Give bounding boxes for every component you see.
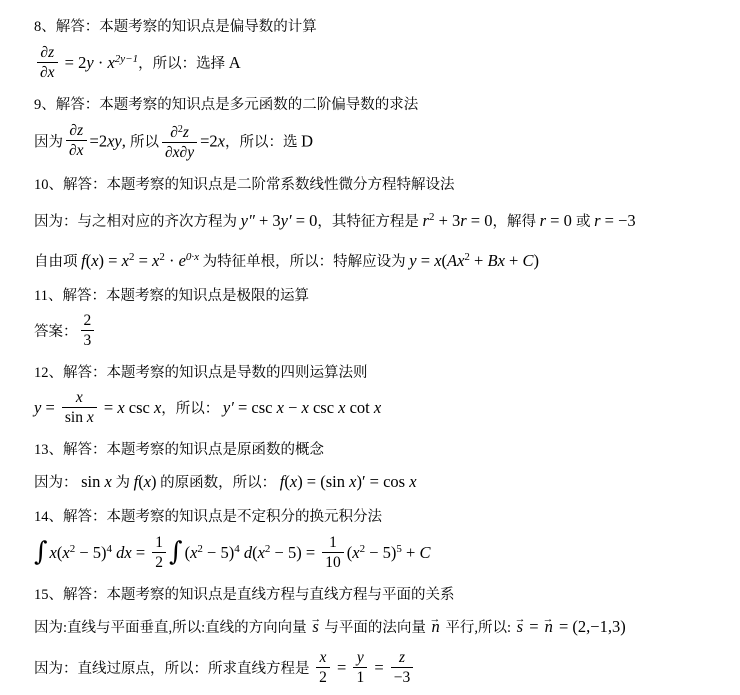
fraction-numerator: y — [353, 648, 367, 668]
math-segment: = (2,−1,3) — [555, 617, 626, 636]
item-14-header: 14、解答：本题考察的知识点是不定积分的换元积分法 — [34, 507, 722, 527]
math-segment: x — [76, 389, 83, 406]
math-segment: 因为：直线过原点，所以：所求直线方程是 — [34, 661, 313, 677]
math-segment: x — [62, 543, 69, 562]
math-segment: y — [357, 649, 364, 666]
math-segment: + — [402, 543, 420, 562]
math-segment: y — [409, 251, 416, 270]
item-9-header: 9、解答：本题考察的知识点是多元函数的二阶偏导数的求法 — [34, 95, 722, 115]
math-segment: 2 — [155, 554, 163, 571]
math-segment: x — [352, 543, 359, 562]
math-segment: d — [240, 543, 252, 562]
math-segment: A — [229, 53, 241, 72]
fraction-denominator: sin x — [62, 408, 97, 427]
math-segment: ∂z — [40, 44, 54, 61]
math-segment: 1 — [329, 534, 337, 551]
math-segment: sin — [65, 409, 87, 426]
fraction-numerator: ∂2z — [162, 120, 197, 143]
math-segment: ) = (sin — [297, 472, 349, 491]
math-segment: = — [333, 658, 351, 677]
fraction-numerator: x — [62, 388, 97, 408]
math-segment: 或 — [576, 214, 594, 230]
math-segment: x — [434, 251, 441, 270]
math-segment: ∂x∂y — [165, 144, 194, 161]
math-segment: 10 — [325, 554, 341, 571]
math-segment: csc — [309, 398, 338, 417]
math-segment: −3 — [394, 669, 411, 686]
item-14-formula: ∫x(x2 − 5)4 dx = 12∫(x2 − 5)4 d(x2 − 5) … — [34, 534, 722, 574]
math-segment: x — [50, 543, 57, 562]
item-15-line-2: 因为：直线过原点，所以：所求直线方程是 x2 = y1 = z−3 — [34, 650, 722, 689]
solution-item-13: 13、解答：本题考察的知识点是原函数的概念 因为： sin x 为 f(x) 的… — [34, 440, 722, 496]
math-segment: = csc — [234, 398, 277, 417]
math-segment: · — [94, 53, 108, 72]
math-segment: ，其特征方程是 — [317, 214, 422, 230]
math-segment: ∂z — [69, 122, 83, 139]
fraction: ∂2z∂x∂y — [162, 120, 197, 162]
math-segment: = — [134, 251, 152, 270]
math-segment: csc — [125, 398, 154, 417]
fraction-denominator: ∂x — [66, 141, 87, 160]
math-segment: x — [302, 398, 309, 417]
math-segment: 自由项 — [34, 254, 81, 270]
math-segment: Bx — [487, 251, 504, 270]
math-segment: x — [122, 251, 129, 270]
item-15-line-1: 因为:直线与平面垂直,所以:直线的方向向量 s 与平面的法向量 n 平行,所以:… — [34, 614, 722, 641]
fraction: x2 — [316, 648, 330, 687]
solution-item-12: 12、解答：本题考察的知识点是导数的四则运算法则 y = xsin x = x … — [34, 363, 722, 429]
vector-arrow-symbol: n — [543, 614, 555, 640]
solution-item-8: 8、解答：本题考察的知识点是偏导数的计算 ∂z∂x = 2y · x2y−1，所… — [34, 17, 722, 84]
math-segment: − — [284, 398, 302, 417]
math-segment: − 5) — [203, 543, 234, 562]
math-segment: x — [91, 251, 98, 270]
math-segment: sin — [81, 472, 104, 491]
fraction-denominator: −3 — [391, 668, 414, 687]
fraction-numerator: ∂z — [37, 43, 58, 63]
fraction-numerator: x — [316, 648, 330, 668]
fraction: z−3 — [391, 648, 414, 687]
math-segment: + — [505, 251, 523, 270]
fraction-denominator: 10 — [322, 553, 344, 572]
math-segment: ∂ — [170, 124, 178, 141]
math-segment: ，所以： — [161, 401, 223, 417]
math-segment: = — [370, 658, 388, 677]
math-segment: − 5) = — [270, 543, 319, 562]
fraction-denominator: 3 — [81, 331, 95, 350]
math-segment: ，所以：选 — [225, 135, 301, 151]
math-segment: 2y−1 — [115, 53, 138, 65]
math-segment: x — [107, 53, 114, 72]
math-segment: 平行,所以: — [442, 620, 515, 636]
math-segment: = — [417, 251, 435, 270]
math-segment: xy — [107, 132, 122, 151]
math-segment: 因为:直线与平面垂直,所以:直线的方向向量 — [34, 620, 310, 636]
math-segment: 1 — [155, 534, 163, 551]
integral-icon: ∫ — [34, 537, 48, 567]
item-9-formula: 因为∂z∂x=2xy, 所以∂2z∂x∂y=2x，所以：选 D — [34, 122, 722, 164]
fraction-numerator: ∂z — [66, 121, 87, 141]
item-13-header: 13、解答：本题考察的知识点是原函数的概念 — [34, 440, 722, 460]
item-10-header: 10、解答：本题考察的知识点是二阶常系数线性微分方程特解设法 — [34, 175, 722, 195]
math-segment: e — [179, 251, 186, 270]
math-segment: x — [105, 472, 112, 491]
math-segment: ，所以：选择 — [138, 56, 229, 72]
math-segment: 因为：与之相对应的齐次方程为 — [34, 214, 241, 230]
solutions-document-page: 8、解答：本题考察的知识点是偏导数的计算 ∂z∂x = 2y · x2y−1，所… — [0, 0, 740, 695]
item-10-line-1: 因为：与之相对应的齐次方程为 y″ + 3y′ = 0，其特征方程是 r2 + … — [34, 204, 722, 235]
solution-item-14: 14、解答：本题考察的知识点是不定积分的换元积分法 ∫x(x2 − 5)4 dx… — [34, 507, 722, 574]
solution-item-15: 15、解答：本题考察的知识点是直线方程与直线方程与平面的关系 因为:直线与平面垂… — [34, 585, 722, 689]
math-segment: 为特征单根，所以：特解应设为 — [199, 254, 409, 270]
math-segment: z — [183, 124, 189, 141]
math-segment: 1 — [356, 669, 364, 686]
solution-item-9: 9、解答：本题考察的知识点是多元函数的二阶偏导数的求法 因为∂z∂x=2xy, … — [34, 95, 722, 164]
math-segment: + 3 — [434, 211, 460, 230]
math-segment: y — [86, 53, 93, 72]
math-segment: + 3 — [255, 211, 281, 230]
solution-item-10: 10、解答：本题考察的知识点是二阶常系数线性微分方程特解设法 因为：与之相对应的… — [34, 175, 722, 275]
math-segment: x — [409, 472, 416, 491]
item-12-formula: y = xsin x = x csc x，所以： y′ = csc x − x … — [34, 390, 722, 429]
math-segment: = — [41, 398, 59, 417]
math-segment: )′ = cos — [356, 472, 409, 491]
integral-icon: ∫ — [169, 537, 183, 567]
item-15-header: 15、解答：本题考察的知识点是直线方程与直线方程与平面的关系 — [34, 585, 722, 605]
math-segment: = 0 — [546, 211, 576, 230]
vector-arrow-symbol: n — [429, 614, 441, 640]
math-segment: x — [374, 398, 381, 417]
fraction-denominator: 2 — [152, 553, 166, 572]
math-segment: = −3 — [601, 211, 636, 230]
fraction-denominator: 2 — [316, 668, 330, 687]
math-segment: = 2 — [61, 53, 87, 72]
math-segment: y′ — [281, 211, 292, 230]
math-segment: x — [218, 132, 225, 151]
item-11-answer: 答案：23 — [34, 313, 722, 352]
math-segment: 2 — [319, 669, 327, 686]
math-segment: = — [525, 617, 543, 636]
fraction-denominator: ∂x∂y — [162, 143, 197, 162]
math-segment: C — [522, 251, 533, 270]
math-segment: x — [320, 649, 327, 666]
math-segment: = — [100, 398, 118, 417]
fraction: 12 — [152, 533, 166, 572]
math-segment: ) = — [99, 251, 122, 270]
math-segment: x — [277, 398, 284, 417]
fraction: y1 — [353, 648, 367, 687]
solution-item-11: 11、解答：本题考察的知识点是极限的运算 答案：23 — [34, 286, 722, 352]
math-segment: , — [122, 132, 130, 151]
fraction: 110 — [322, 533, 344, 572]
fraction: 23 — [81, 311, 95, 350]
item-12-header: 12、解答：本题考察的知识点是导数的四则运算法则 — [34, 363, 722, 383]
math-segment: x — [117, 398, 124, 417]
math-segment: x — [87, 409, 94, 426]
math-segment: ∂x — [40, 64, 55, 81]
fraction-numerator: 1 — [152, 533, 166, 553]
math-segment: = 0 — [467, 211, 493, 230]
math-segment: Ax — [447, 251, 464, 270]
math-segment: x — [258, 543, 265, 562]
math-segment: 所以 — [130, 135, 159, 151]
math-segment: 答案： — [34, 324, 78, 340]
fraction: xsin x — [62, 388, 97, 427]
math-segment: cot — [345, 398, 373, 417]
math-segment: y′ — [223, 398, 234, 417]
math-segment: = — [132, 543, 150, 562]
fraction-denominator: ∂x — [37, 63, 58, 82]
math-segment: ∂x — [69, 142, 84, 159]
item-8-header: 8、解答：本题考察的知识点是偏导数的计算 — [34, 17, 722, 37]
math-segment: 因为 — [34, 135, 63, 151]
fraction-numerator: 2 — [81, 311, 95, 331]
item-13-line: 因为： sin x 为 f(x) 的原函数，所以： f(x) = (sin x)… — [34, 469, 722, 496]
fraction: ∂z∂x — [66, 121, 87, 160]
math-segment: 3 — [84, 332, 92, 349]
math-segment: · — [165, 251, 179, 270]
math-segment: C — [419, 543, 430, 562]
math-segment: y″ — [241, 211, 255, 230]
math-segment: x — [144, 472, 151, 491]
math-segment: D — [301, 132, 313, 151]
fraction-numerator: 1 — [322, 533, 344, 553]
math-segment: 为 — [112, 475, 134, 491]
math-segment: + — [470, 251, 488, 270]
fraction: ∂z∂x — [37, 43, 58, 82]
math-segment: 2 — [84, 312, 92, 329]
fraction-denominator: 1 — [353, 668, 367, 687]
math-segment: 的原函数，所以： — [157, 475, 280, 491]
item-8-formula: ∂z∂x = 2y · x2y−1，所以：选择 A — [34, 44, 722, 84]
math-segment: 因为： — [34, 475, 81, 491]
math-segment: 与平面的法向量 — [321, 620, 430, 636]
math-segment: − 5) — [75, 543, 106, 562]
math-segment: = 0 — [292, 211, 318, 230]
math-segment: dx — [112, 543, 132, 562]
math-segment: 0·x — [186, 251, 199, 263]
math-segment: =2 — [90, 132, 108, 151]
math-segment: z — [399, 649, 405, 666]
math-segment: − 5) — [365, 543, 396, 562]
math-segment: =2 — [200, 132, 218, 151]
math-segment: ，解得 — [492, 214, 539, 230]
fraction-numerator: z — [391, 648, 414, 668]
math-segment: ) — [533, 251, 539, 270]
vector-arrow-symbol: s — [515, 614, 525, 640]
vector-arrow-symbol: s — [310, 614, 320, 640]
item-11-header: 11、解答：本题考察的知识点是极限的运算 — [34, 286, 722, 306]
item-10-line-2: 自由项 f(x) = x2 = x2 · e0·x 为特征单根，所以：特解应设为… — [34, 244, 722, 275]
